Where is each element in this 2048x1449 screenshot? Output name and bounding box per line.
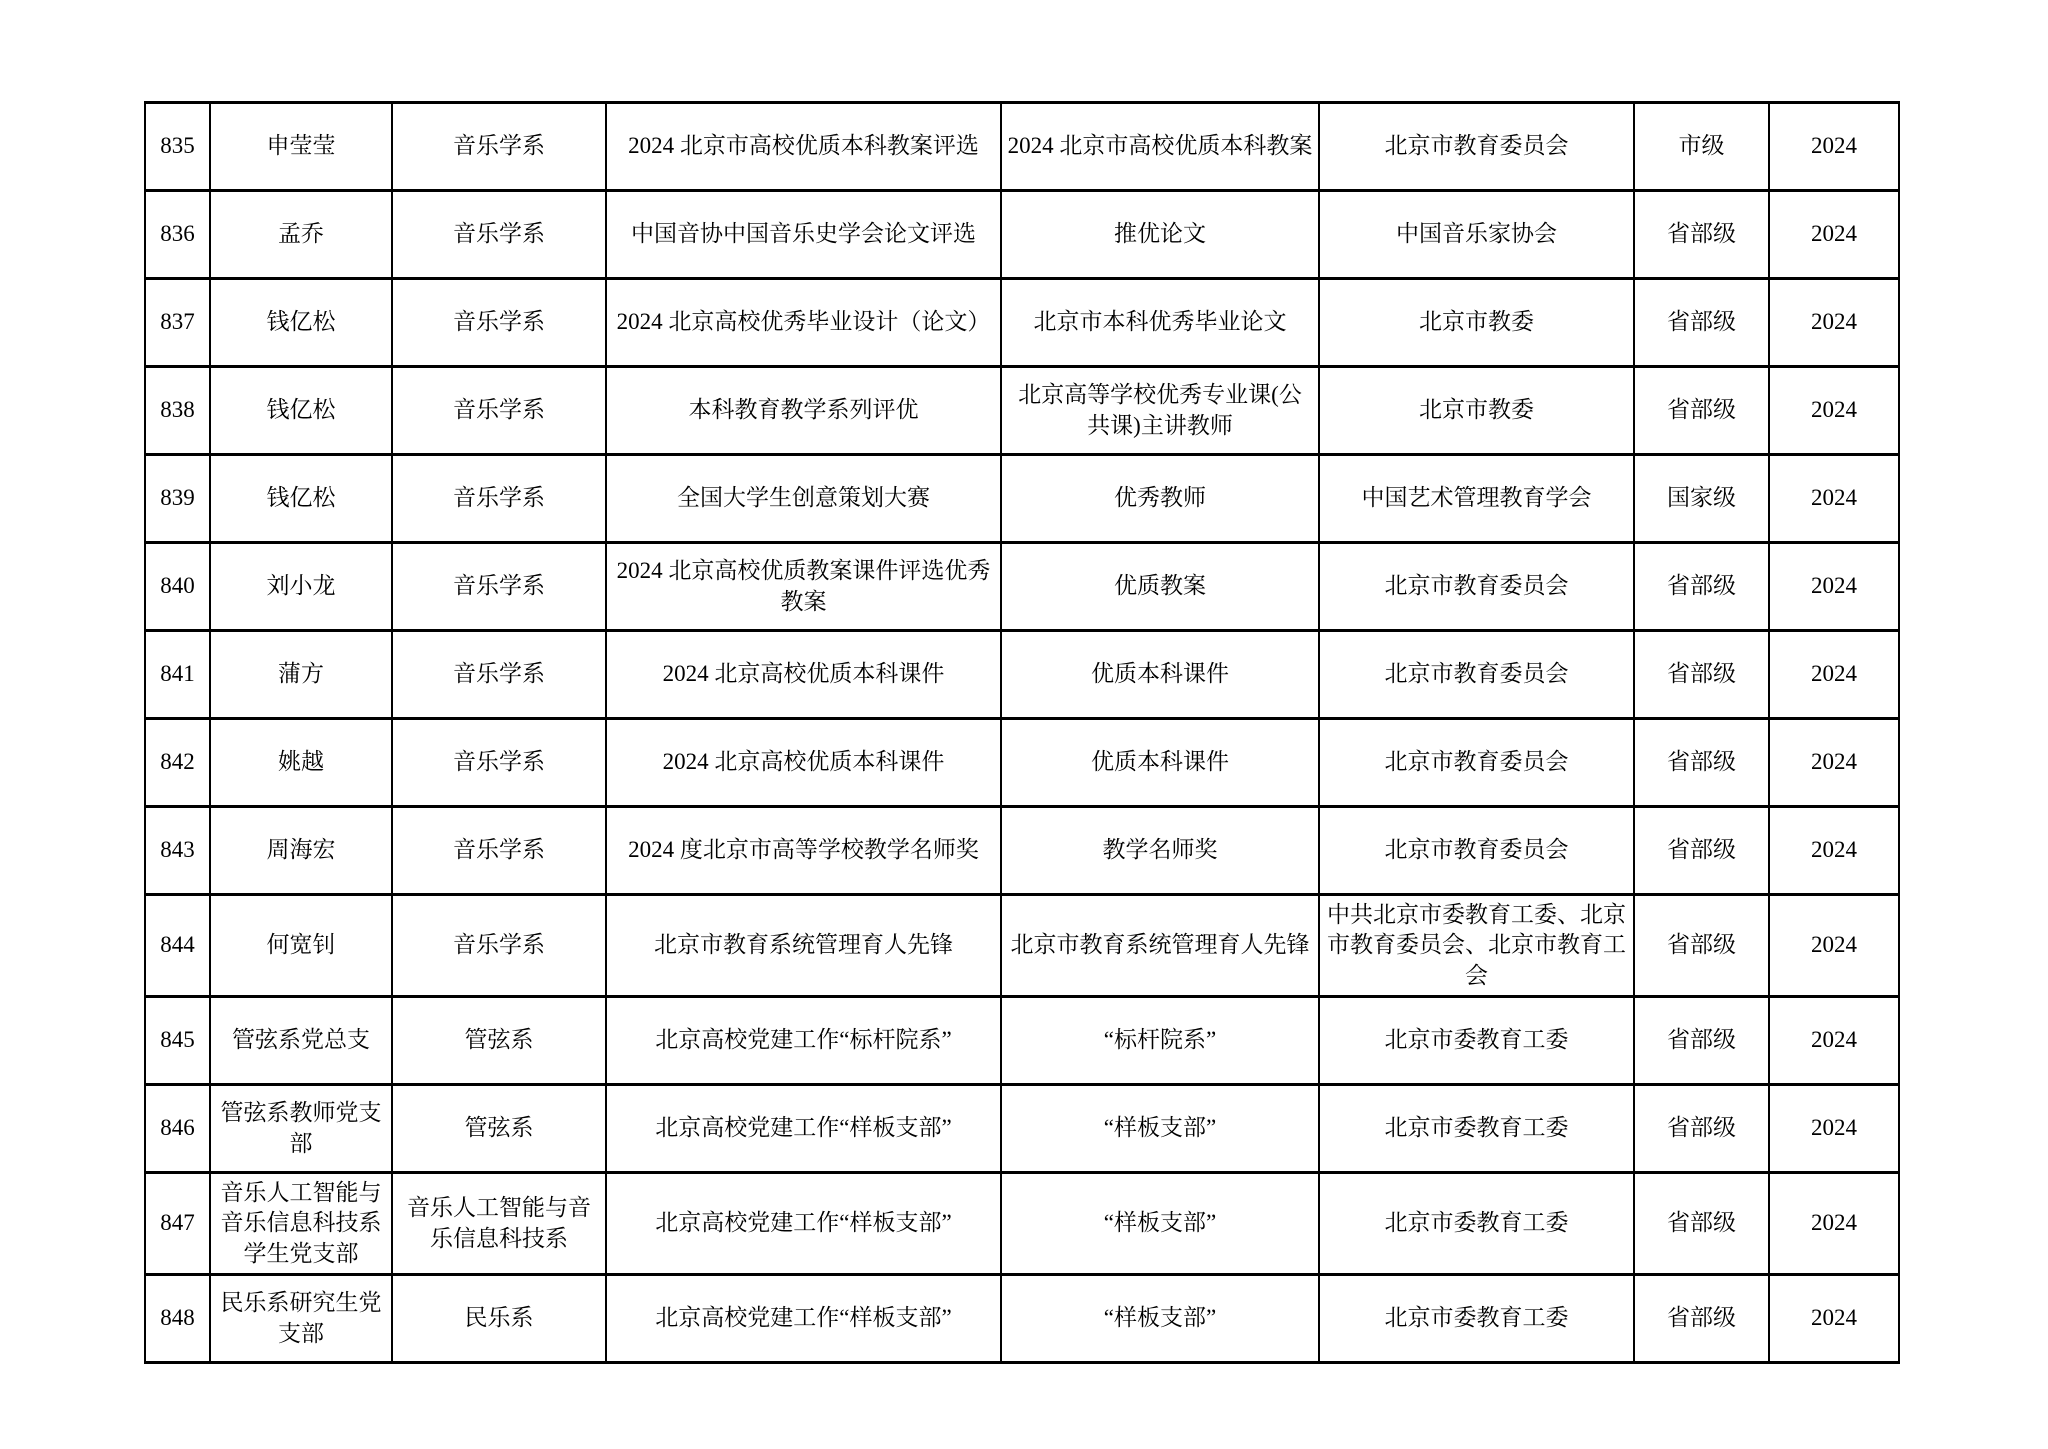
cell-award-type: 优质本科课件 [1001,719,1319,807]
document-page: 835 申莹莹 音乐学系 2024 北京市高校优质本科教案评选 2024 北京市… [0,0,2048,1449]
cell-award-type: 优秀教师 [1001,455,1319,543]
cell-awardee-name: 钱亿松 [210,367,392,455]
cell-year: 2024 [1769,807,1899,895]
cell-level: 市级 [1634,103,1769,191]
cell-department: 音乐人工智能与音乐信息科技系 [392,1173,606,1275]
cell-award-name: 2024 北京高校优质教案课件评选优秀教案 [606,543,1001,631]
cell-award-type: 优质教案 [1001,543,1319,631]
cell-award-type: “样板支部” [1001,1085,1319,1173]
cell-row-number: 843 [145,807,210,895]
cell-award-type: 优质本科课件 [1001,631,1319,719]
cell-row-number: 846 [145,1085,210,1173]
cell-year: 2024 [1769,631,1899,719]
cell-awarding-org: 北京市教育委员会 [1319,103,1634,191]
cell-level: 省部级 [1634,1173,1769,1275]
cell-award-type: 教学名师奖 [1001,807,1319,895]
table-row: 841 蒲方 音乐学系 2024 北京高校优质本科课件 优质本科课件 北京市教育… [145,631,1899,719]
cell-department: 管弦系 [392,997,606,1085]
cell-department: 音乐学系 [392,807,606,895]
cell-level: 省部级 [1634,543,1769,631]
cell-row-number: 839 [145,455,210,543]
cell-department: 音乐学系 [392,191,606,279]
cell-award-name: 2024 北京高校优秀毕业设计（论文） [606,279,1001,367]
cell-row-number: 835 [145,103,210,191]
cell-row-number: 837 [145,279,210,367]
cell-department: 音乐学系 [392,719,606,807]
cell-awarding-org: 中国音乐家协会 [1319,191,1634,279]
cell-awardee-name: 姚越 [210,719,392,807]
table-row: 836 孟乔 音乐学系 中国音协中国音乐史学会论文评选 推优论文 中国音乐家协会… [145,191,1899,279]
cell-award-name: 2024 北京市高校优质本科教案评选 [606,103,1001,191]
cell-awardee-name: 钱亿松 [210,279,392,367]
awards-table: 835 申莹莹 音乐学系 2024 北京市高校优质本科教案评选 2024 北京市… [144,101,1900,1364]
cell-award-name: 中国音协中国音乐史学会论文评选 [606,191,1001,279]
cell-award-type: 北京高等学校优秀专业课(公共课)主讲教师 [1001,367,1319,455]
cell-department: 音乐学系 [392,279,606,367]
table-row: 837 钱亿松 音乐学系 2024 北京高校优秀毕业设计（论文） 北京市本科优秀… [145,279,1899,367]
cell-department: 音乐学系 [392,895,606,997]
cell-awarding-org: 北京市教育委员会 [1319,807,1634,895]
cell-year: 2024 [1769,1275,1899,1363]
cell-level: 省部级 [1634,279,1769,367]
cell-awardee-name: 民乐系研究生党支部 [210,1275,392,1363]
cell-level: 省部级 [1634,997,1769,1085]
cell-row-number: 841 [145,631,210,719]
table-row: 842 姚越 音乐学系 2024 北京高校优质本科课件 优质本科课件 北京市教育… [145,719,1899,807]
cell-department: 音乐学系 [392,631,606,719]
table-row: 835 申莹莹 音乐学系 2024 北京市高校优质本科教案评选 2024 北京市… [145,103,1899,191]
cell-awarding-org: 北京市教育委员会 [1319,719,1634,807]
cell-level: 省部级 [1634,631,1769,719]
cell-department: 音乐学系 [392,103,606,191]
cell-row-number: 844 [145,895,210,997]
cell-row-number: 836 [145,191,210,279]
cell-year: 2024 [1769,103,1899,191]
cell-department: 音乐学系 [392,367,606,455]
cell-level: 省部级 [1634,367,1769,455]
cell-department: 音乐学系 [392,543,606,631]
cell-awardee-name: 孟乔 [210,191,392,279]
cell-awardee-name: 管弦系党总支 [210,997,392,1085]
cell-year: 2024 [1769,719,1899,807]
cell-award-name: 北京市教育系统管理育人先锋 [606,895,1001,997]
cell-awardee-name: 管弦系教师党支部 [210,1085,392,1173]
cell-awarding-org: 北京市委教育工委 [1319,1275,1634,1363]
cell-year: 2024 [1769,543,1899,631]
cell-row-number: 840 [145,543,210,631]
cell-awarding-org: 北京市委教育工委 [1319,1085,1634,1173]
cell-award-name: 2024 度北京市高等学校教学名师奖 [606,807,1001,895]
cell-level: 省部级 [1634,807,1769,895]
cell-award-type: “样板支部” [1001,1275,1319,1363]
cell-award-type: 2024 北京市高校优质本科教案 [1001,103,1319,191]
cell-awardee-name: 钱亿松 [210,455,392,543]
cell-award-type: “标杆院系” [1001,997,1319,1085]
cell-awarding-org: 北京市教委 [1319,279,1634,367]
cell-year: 2024 [1769,1085,1899,1173]
cell-level: 省部级 [1634,1085,1769,1173]
cell-year: 2024 [1769,997,1899,1085]
cell-year: 2024 [1769,279,1899,367]
cell-awardee-name: 蒲方 [210,631,392,719]
table-row: 847 音乐人工智能与音乐信息科技系学生党支部 音乐人工智能与音乐信息科技系 北… [145,1173,1899,1275]
cell-row-number: 842 [145,719,210,807]
table-row: 840 刘小龙 音乐学系 2024 北京高校优质教案课件评选优秀教案 优质教案 … [145,543,1899,631]
table-row: 839 钱亿松 音乐学系 全国大学生创意策划大赛 优秀教师 中国艺术管理教育学会… [145,455,1899,543]
cell-awardee-name: 何宽钊 [210,895,392,997]
cell-row-number: 838 [145,367,210,455]
cell-year: 2024 [1769,1173,1899,1275]
cell-year: 2024 [1769,455,1899,543]
cell-level: 国家级 [1634,455,1769,543]
cell-award-name: 北京高校党建工作“标杆院系” [606,997,1001,1085]
cell-award-name: 本科教育教学系列评优 [606,367,1001,455]
cell-award-type: 推优论文 [1001,191,1319,279]
cell-award-type: “样板支部” [1001,1173,1319,1275]
cell-level: 省部级 [1634,1275,1769,1363]
cell-level: 省部级 [1634,191,1769,279]
cell-awarding-org: 北京市教育委员会 [1319,543,1634,631]
table-row: 844 何宽钊 音乐学系 北京市教育系统管理育人先锋 北京市教育系统管理育人先锋… [145,895,1899,997]
cell-award-name: 北京高校党建工作“样板支部” [606,1173,1001,1275]
cell-awarding-org: 北京市委教育工委 [1319,1173,1634,1275]
cell-award-name: 2024 北京高校优质本科课件 [606,631,1001,719]
awards-table-body: 835 申莹莹 音乐学系 2024 北京市高校优质本科教案评选 2024 北京市… [145,103,1899,1363]
cell-row-number: 845 [145,997,210,1085]
cell-row-number: 848 [145,1275,210,1363]
table-row: 838 钱亿松 音乐学系 本科教育教学系列评优 北京高等学校优秀专业课(公共课)… [145,367,1899,455]
cell-award-type: 北京市教育系统管理育人先锋 [1001,895,1319,997]
cell-level: 省部级 [1634,719,1769,807]
cell-awarding-org: 中共北京市委教育工委、北京市教育委员会、北京市教育工会 [1319,895,1634,997]
cell-award-name: 2024 北京高校优质本科课件 [606,719,1001,807]
cell-department: 音乐学系 [392,455,606,543]
table-row: 843 周海宏 音乐学系 2024 度北京市高等学校教学名师奖 教学名师奖 北京… [145,807,1899,895]
cell-awarding-org: 北京市教育委员会 [1319,631,1634,719]
cell-award-name: 北京高校党建工作“样板支部” [606,1085,1001,1173]
cell-award-type: 北京市本科优秀毕业论文 [1001,279,1319,367]
cell-awarding-org: 中国艺术管理教育学会 [1319,455,1634,543]
cell-award-name: 全国大学生创意策划大赛 [606,455,1001,543]
cell-year: 2024 [1769,191,1899,279]
cell-awardee-name: 周海宏 [210,807,392,895]
table-row: 845 管弦系党总支 管弦系 北京高校党建工作“标杆院系” “标杆院系” 北京市… [145,997,1899,1085]
cell-awardee-name: 音乐人工智能与音乐信息科技系学生党支部 [210,1173,392,1275]
cell-row-number: 847 [145,1173,210,1275]
cell-awardee-name: 刘小龙 [210,543,392,631]
cell-award-name: 北京高校党建工作“样板支部” [606,1275,1001,1363]
cell-department: 民乐系 [392,1275,606,1363]
cell-department: 管弦系 [392,1085,606,1173]
cell-year: 2024 [1769,895,1899,997]
cell-awarding-org: 北京市教委 [1319,367,1634,455]
cell-year: 2024 [1769,367,1899,455]
cell-awarding-org: 北京市委教育工委 [1319,997,1634,1085]
table-row: 846 管弦系教师党支部 管弦系 北京高校党建工作“样板支部” “样板支部” 北… [145,1085,1899,1173]
cell-awardee-name: 申莹莹 [210,103,392,191]
table-row: 848 民乐系研究生党支部 民乐系 北京高校党建工作“样板支部” “样板支部” … [145,1275,1899,1363]
cell-level: 省部级 [1634,895,1769,997]
